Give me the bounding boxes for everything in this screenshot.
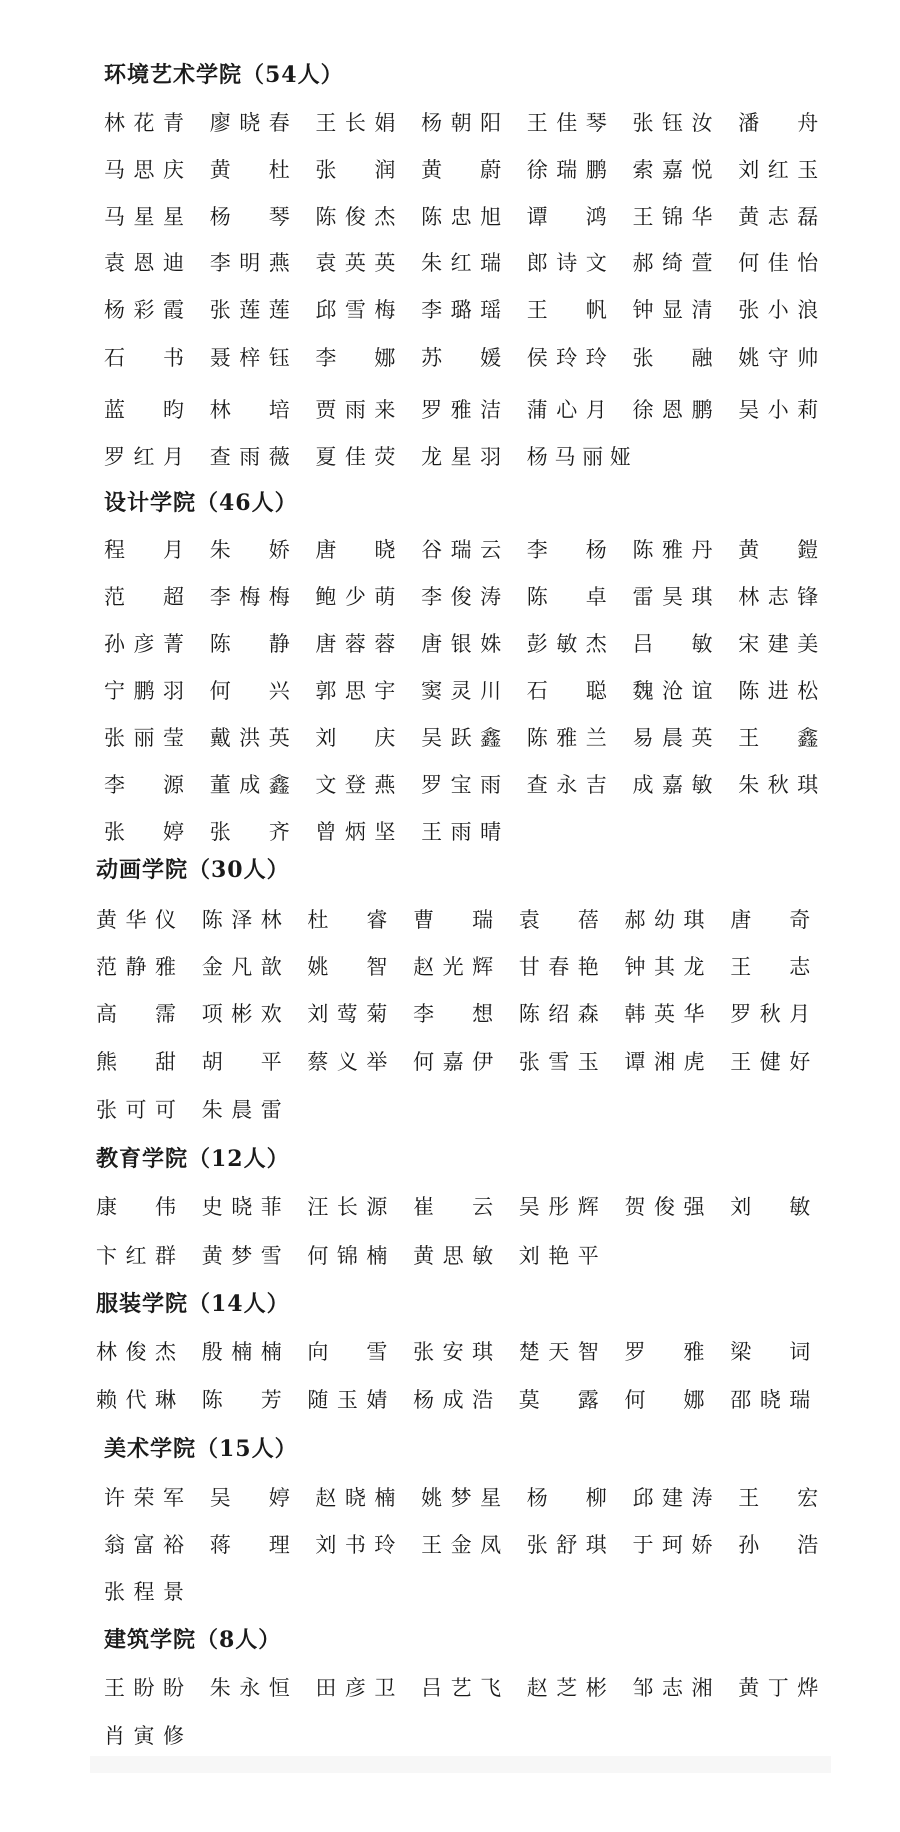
student-name: 何兴: [210, 678, 290, 704]
student-name: 陈忠旭: [421, 204, 501, 230]
student-name: 崔云: [413, 1194, 493, 1220]
student-name: 邵晓瑞: [730, 1387, 810, 1413]
student-name: 吴小莉: [738, 397, 818, 423]
student-name: 姚梦星: [421, 1485, 501, 1511]
student-name: 梁词: [730, 1339, 810, 1365]
student-name: 赵晓楠: [315, 1485, 395, 1511]
student-name: 谭鸿: [527, 204, 607, 230]
student-name: 陈静: [210, 631, 290, 657]
student-name: 汪长源: [307, 1194, 387, 1220]
student-name: 郎诗文: [527, 250, 607, 276]
student-name: 李俊涛: [421, 584, 501, 610]
student-name: 钟显清: [633, 297, 713, 323]
student-name: 罗宝雨: [421, 772, 501, 798]
student-name: 姚智: [307, 954, 387, 980]
student-name: 吴跃鑫: [421, 725, 501, 751]
student-name: 马星星: [104, 204, 184, 230]
student-name: 吴婷: [210, 1485, 290, 1511]
student-name: 查永吉: [527, 772, 607, 798]
student-name: 随玉婧: [307, 1387, 387, 1413]
student-name: 田彦卫: [315, 1675, 395, 1701]
student-name: 张程景: [104, 1579, 184, 1605]
student-name: 董成鑫: [210, 772, 290, 798]
student-name: 杜睿: [307, 907, 387, 933]
student-name: 陈泽林: [202, 907, 282, 933]
student-name: 张钰汝: [633, 110, 713, 136]
student-name: 赵芝彬: [527, 1675, 607, 1701]
student-name: 张润: [315, 157, 395, 183]
student-name: 黄鎧: [738, 537, 818, 563]
student-name: 李梅梅: [210, 584, 290, 610]
student-name: 张丽莹: [104, 725, 184, 751]
student-name: 杨柳: [527, 1485, 607, 1511]
student-name: 成嘉敏: [633, 772, 713, 798]
student-name: 王鑫: [738, 725, 818, 751]
student-name: 杨成浩: [413, 1387, 493, 1413]
student-name: 苏媛: [421, 345, 501, 371]
student-name: 朱娇: [210, 537, 290, 563]
student-name: 张莲莲: [210, 297, 290, 323]
student-name: 王佳琴: [527, 110, 607, 136]
student-name: 金凡歆: [202, 954, 282, 980]
student-name: 张齐: [210, 819, 290, 845]
student-name: 李源: [104, 772, 184, 798]
student-name: 陈雅兰: [527, 725, 607, 751]
student-name: 杨彩霞: [104, 297, 184, 323]
student-name: 陈进松: [738, 678, 818, 704]
student-name: 康伟: [96, 1194, 176, 1220]
student-name: 甘春艳: [519, 954, 599, 980]
student-name: 李璐瑶: [421, 297, 501, 323]
student-name: 王金凤: [421, 1532, 501, 1558]
student-name: 袁英英: [315, 250, 395, 276]
student-name: 曹瑞: [413, 907, 493, 933]
student-name: 王雨晴: [421, 819, 501, 845]
student-name: 陈卓: [527, 584, 607, 610]
student-name: 林俊杰: [96, 1339, 176, 1365]
section-title-animation: 动画学院（30人）: [96, 857, 290, 883]
student-name: 赵光辉: [413, 954, 493, 980]
student-name: 吕艺飞: [421, 1675, 501, 1701]
student-name: 楚天智: [519, 1339, 599, 1365]
student-name: 韩英华: [625, 1001, 705, 1027]
student-name: 邱雪梅: [315, 297, 395, 323]
student-name: 王健好: [730, 1049, 810, 1075]
student-name: 朱红瑞: [421, 250, 501, 276]
student-name: 郭思宇: [315, 678, 395, 704]
student-name: 胡平: [202, 1049, 282, 1075]
student-name: 范超: [104, 584, 184, 610]
student-name: 罗雅: [625, 1339, 705, 1365]
student-name: 张可可: [96, 1097, 176, 1123]
student-name: 蔡义举: [307, 1049, 387, 1075]
student-name: 查雨薇: [210, 444, 290, 470]
student-name: 贺俊强: [625, 1194, 705, 1220]
student-name: 史晓菲: [202, 1194, 282, 1220]
student-name: 唐晓: [315, 537, 395, 563]
student-name: 朱秋琪: [738, 772, 818, 798]
student-name: 何锦楠: [307, 1243, 387, 1269]
student-name: 项彬欢: [202, 1001, 282, 1027]
student-name: 陈芳: [202, 1387, 282, 1413]
student-name: 蒋理: [210, 1532, 290, 1558]
student-name: 廖晓春: [210, 110, 290, 136]
student-name: 张婷: [104, 819, 184, 845]
student-name: 翁富裕: [104, 1532, 184, 1558]
student-name: 雷昊琪: [633, 584, 713, 610]
student-name: 张融: [633, 345, 713, 371]
student-name: 罗雅洁: [421, 397, 501, 423]
student-name: 殷楠楠: [202, 1339, 282, 1365]
student-name: 潘舟: [738, 110, 818, 136]
student-name: 黄志磊: [738, 204, 818, 230]
student-name: 索嘉悦: [633, 157, 713, 183]
student-name: 林志锋: [738, 584, 818, 610]
student-name: 张舒琪: [527, 1532, 607, 1558]
student-name: 聂梓钰: [210, 345, 290, 371]
student-name: 林培: [210, 397, 290, 423]
student-name: 蓝昀: [104, 397, 184, 423]
student-name: 孙浩: [738, 1532, 818, 1558]
student-name: 张小浪: [738, 297, 818, 323]
student-name: 魏沧谊: [633, 678, 713, 704]
student-name: 郝绮萱: [633, 250, 713, 276]
student-name: 黄思敏: [413, 1243, 493, 1269]
section-title-fashion: 服装学院（14人）: [96, 1291, 290, 1317]
section-title-environmental-art: 环境艺术学院（54人）: [104, 62, 344, 88]
section-title-architecture: 建筑学院（8人）: [104, 1627, 281, 1653]
student-name: 赖代琳: [96, 1387, 176, 1413]
student-name: 杨朝阳: [421, 110, 501, 136]
student-name: 于珂娇: [633, 1532, 713, 1558]
student-name: 程月: [104, 537, 184, 563]
student-name: 宁鹏羽: [104, 678, 184, 704]
student-name: 黄丁烨: [738, 1675, 818, 1701]
student-name: 袁蓓: [519, 907, 599, 933]
student-name: 陈绍森: [519, 1001, 599, 1027]
student-name: 宋建美: [738, 631, 818, 657]
student-name: 袁恩迪: [104, 250, 184, 276]
student-name: 熊甜: [96, 1049, 176, 1075]
student-name: 戴洪英: [210, 725, 290, 751]
student-name: 刘书玲: [315, 1532, 395, 1558]
student-name: 李杨: [527, 537, 607, 563]
student-name: 陈俊杰: [315, 204, 395, 230]
student-name: 张安琪: [413, 1339, 493, 1365]
student-name: 李娜: [315, 345, 395, 371]
student-name: 徐瑞鹏: [527, 157, 607, 183]
student-name: 何娜: [625, 1387, 705, 1413]
student-name: 卞红群: [96, 1243, 176, 1269]
section-title-design: 设计学院（46人）: [104, 490, 298, 516]
student-name: 唐蓉蓉: [315, 631, 395, 657]
student-name: 龙星羽: [421, 444, 501, 470]
student-name: 王盼盼: [104, 1675, 184, 1701]
student-name: 彭敏杰: [527, 631, 607, 657]
student-name: 杨琴: [210, 204, 290, 230]
student-name: 黄华仪: [96, 907, 176, 933]
student-name: 向雪: [307, 1339, 387, 1365]
student-name: 唐奇: [730, 907, 810, 933]
student-name: 林花青: [104, 110, 184, 136]
student-name: 邱建涛: [633, 1485, 713, 1511]
student-name: 钟其龙: [625, 954, 705, 980]
student-name: 孙彦菁: [104, 631, 184, 657]
student-name: 曾炳坚: [315, 819, 395, 845]
student-name: 窦灵川: [421, 678, 501, 704]
student-name: 鲍少萌: [315, 584, 395, 610]
student-name: 罗秋月: [730, 1001, 810, 1027]
student-name: 王帆: [527, 297, 607, 323]
student-name: 刘莺菊: [307, 1001, 387, 1027]
student-name: 姚守帅: [738, 345, 818, 371]
student-name: 朱晨雷: [202, 1097, 282, 1123]
student-name: 郝幼琪: [625, 907, 705, 933]
student-name: 刘艳平: [519, 1243, 599, 1269]
student-name: 刘庆: [315, 725, 395, 751]
student-name: 何佳怡: [738, 250, 818, 276]
student-name: 徐恩鹏: [633, 397, 713, 423]
student-name: 吕敏: [633, 631, 713, 657]
student-name: 许荣军: [104, 1485, 184, 1511]
student-name: 范静雅: [96, 954, 176, 980]
student-name: 刘红玉: [738, 157, 818, 183]
student-name: 侯玲玲: [527, 345, 607, 371]
student-name: 文登燕: [315, 772, 395, 798]
student-name: 王志: [730, 954, 810, 980]
student-name: 高霈: [96, 1001, 176, 1027]
student-name: 李明燕: [210, 250, 290, 276]
student-name: 黄蔚: [421, 157, 501, 183]
student-name: 王锦华: [633, 204, 713, 230]
student-name: 吴彤辉: [519, 1194, 599, 1220]
student-name: 黄杜: [210, 157, 290, 183]
student-name: 唐银姝: [421, 631, 501, 657]
student-name: 蒲心月: [527, 397, 607, 423]
student-name: 杨马丽娅: [527, 444, 631, 470]
student-name: 谭湘虎: [625, 1049, 705, 1075]
student-name: 邹志湘: [633, 1675, 713, 1701]
student-name: 李想: [413, 1001, 493, 1027]
student-name: 王宏: [738, 1485, 818, 1511]
student-name: 张雪玉: [519, 1049, 599, 1075]
student-name: 谷瑞云: [421, 537, 501, 563]
student-name: 黄梦雪: [202, 1243, 282, 1269]
section-title-education: 教育学院（12人）: [96, 1146, 290, 1172]
student-name: 罗红月: [104, 444, 184, 470]
student-name: 夏佳荧: [315, 444, 395, 470]
student-name: 陈雅丹: [633, 537, 713, 563]
student-name: 刘敏: [730, 1194, 810, 1220]
student-name: 何嘉伊: [413, 1049, 493, 1075]
student-name: 易晨英: [633, 725, 713, 751]
student-name: 贾雨来: [315, 397, 395, 423]
student-name: 莫露: [519, 1387, 599, 1413]
student-name: 马思庆: [104, 157, 184, 183]
student-name: 肖寅修: [104, 1723, 184, 1749]
footer-bar: [90, 1756, 831, 1773]
student-name: 朱永恒: [210, 1675, 290, 1701]
section-title-fine-arts: 美术学院（15人）: [104, 1436, 298, 1462]
student-name: 王长娟: [315, 110, 395, 136]
student-name: 石聪: [527, 678, 607, 704]
student-name: 石书: [104, 345, 184, 371]
